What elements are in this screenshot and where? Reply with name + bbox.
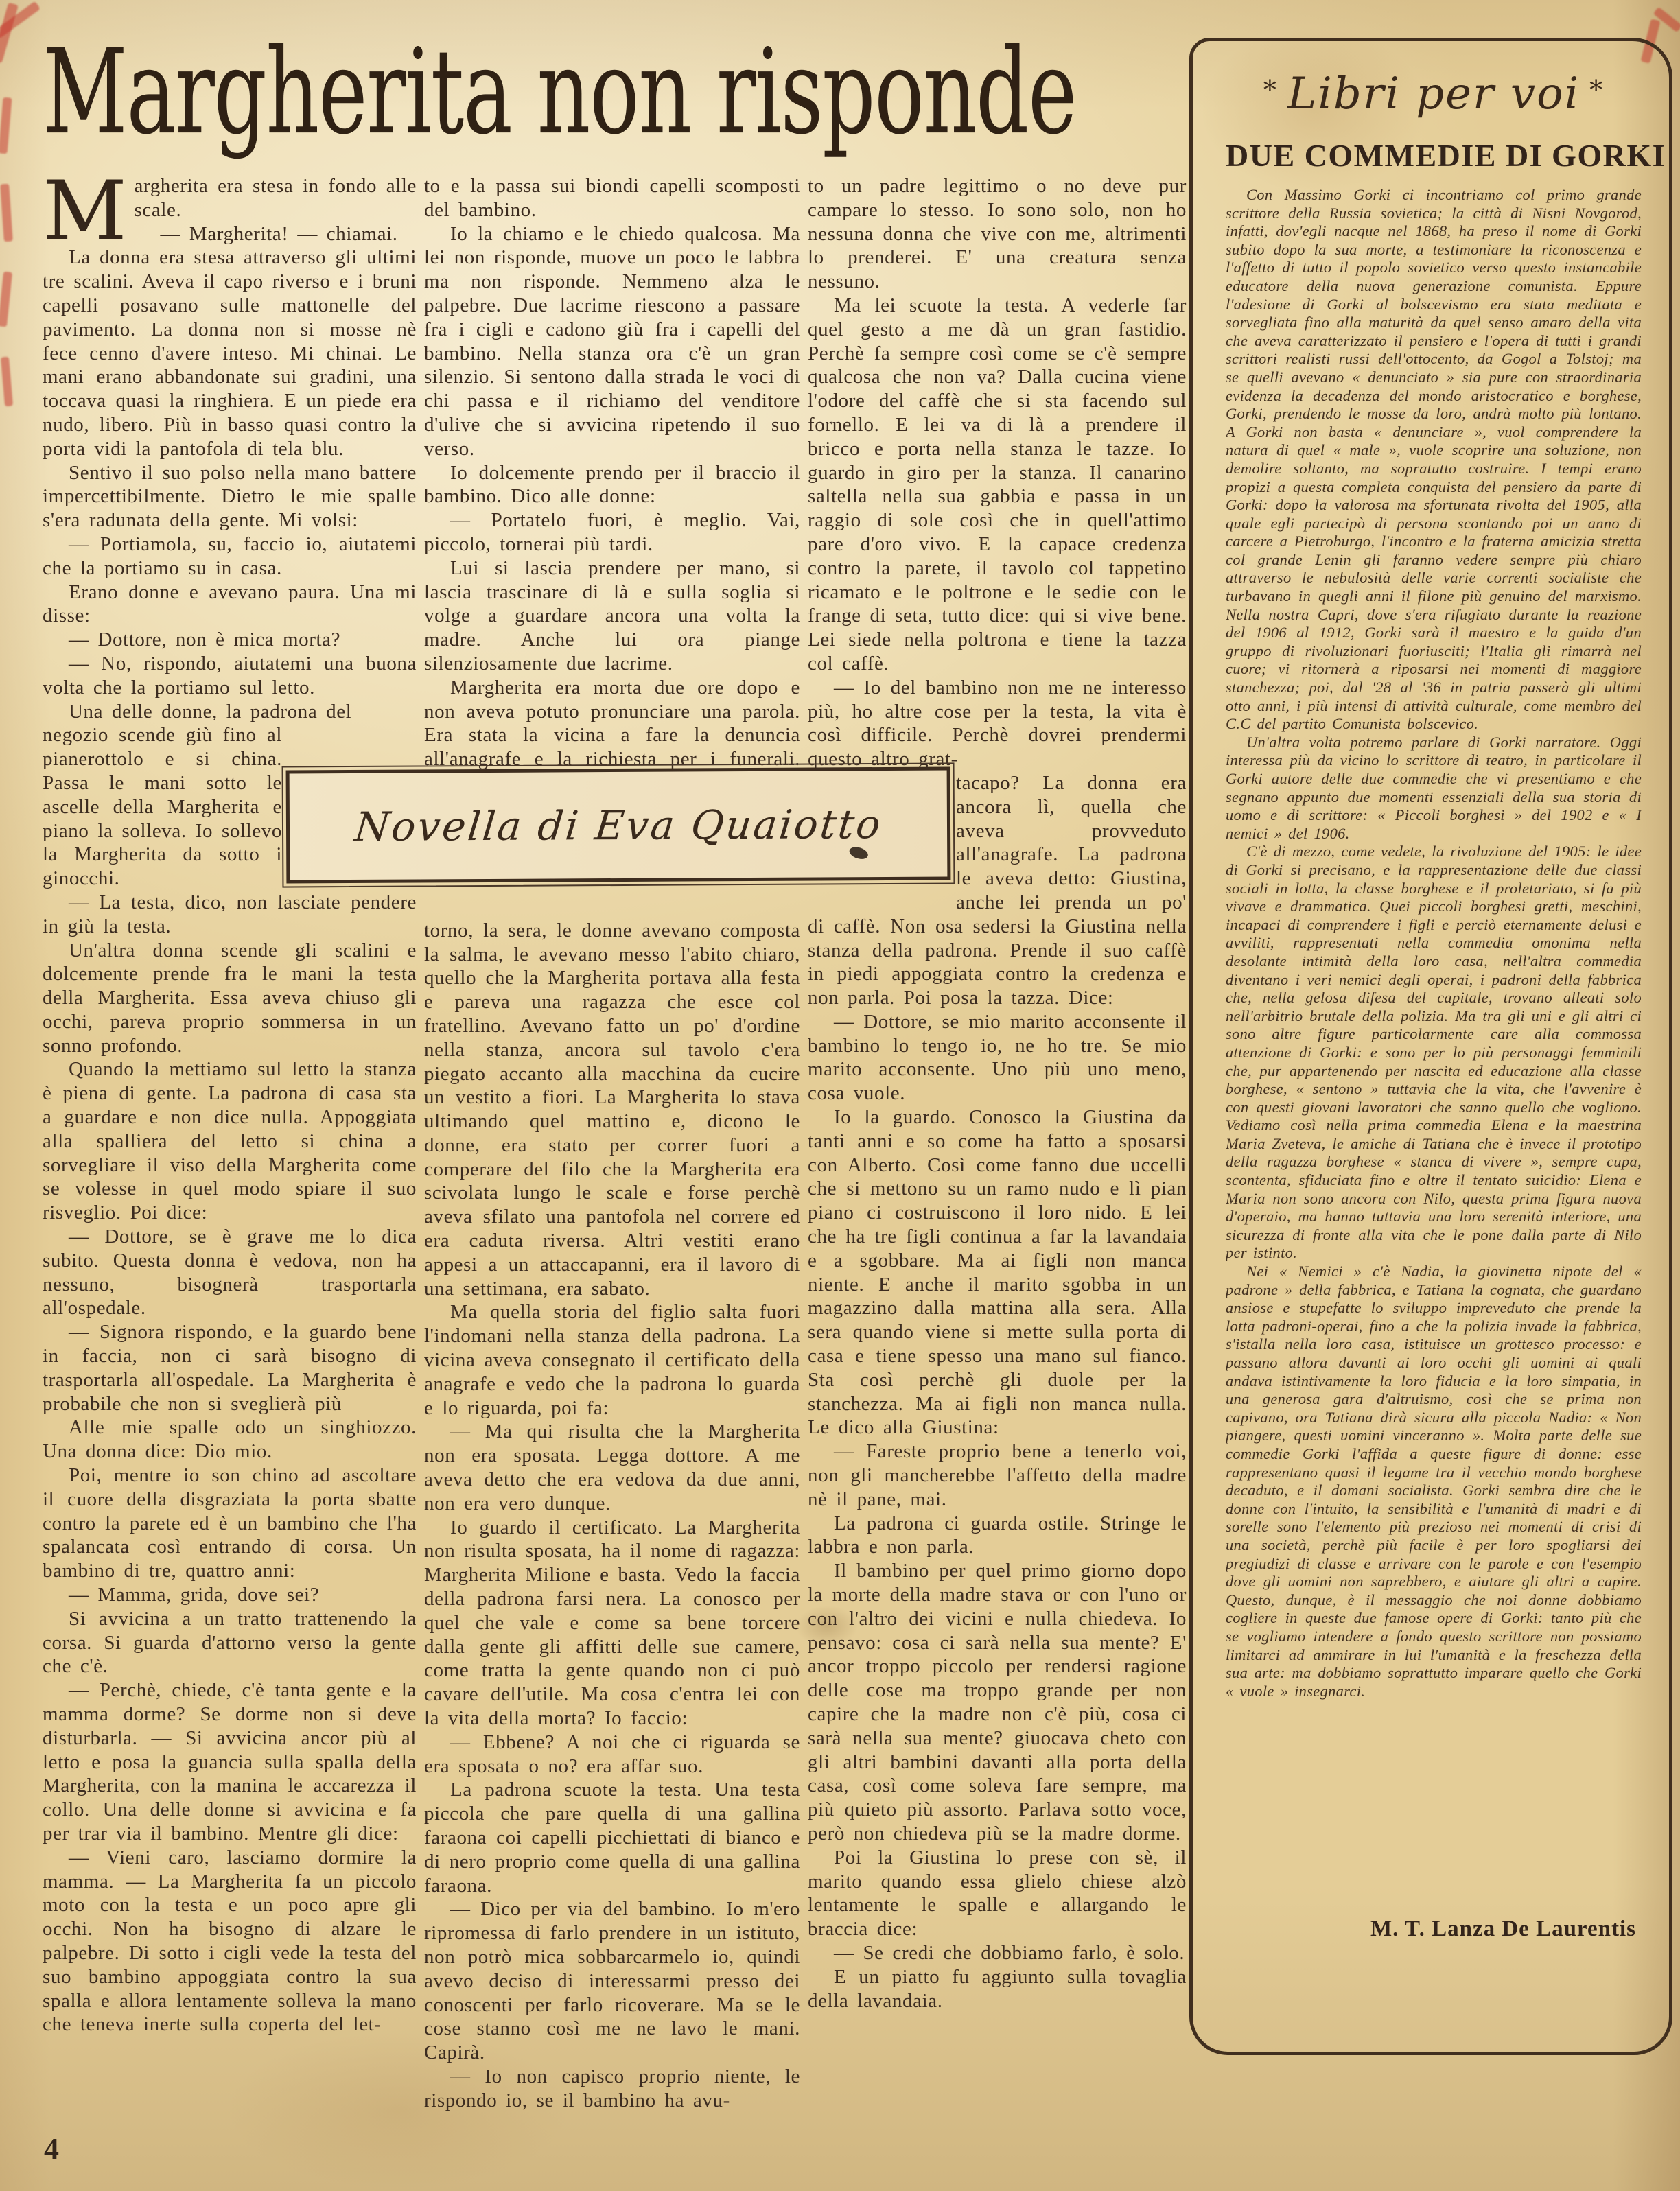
page-number: 4 [44,2131,59,2166]
paragraph: E un piatto fu aggiunto sulla tovaglia d… [808,1965,1187,2013]
paragraph: — Fareste proprio bene a tenerlo voi, no… [808,1440,1187,1511]
paragraph: Io guardo il certificato. La Margherita … [424,1516,800,1731]
paragraph: Lui si lascia prendere per mano, si lasc… [424,556,800,676]
paragraph: Una delle donne, la padrona del [43,700,417,724]
column-paragraphs: — La testa, dico, non lasciate pendere i… [43,891,417,2037]
column-paragraphs: — Dottore, se mio marito acconsente il b… [808,1010,1187,2013]
paragraph: C'è di mezzo, come vedete, la rivoluzion… [1226,843,1642,1263]
red-pencil-mark [0,184,13,242]
paragraph: Un'altra donna scende gli scalini e dolc… [43,939,417,1058]
sidebar-title: *Libri per voi* [1226,69,1642,119]
column-paragraphs: Ma quella storia del figlio salta fuori … [424,1300,800,2112]
paragraph: — Portatelo fuori, è meglio. Vai, piccol… [424,508,800,556]
paragraph: — Signora rispondo, e la guardo bene in … [43,1320,417,1416]
paragraph: Un'altra volta potremo parlare di Gorki … [1226,734,1642,843]
novella-credit-box: Novella di Eva Quaiotto [286,766,951,883]
sidebar-heading: DUE COMMEDIE DI GORKI [1226,137,1642,174]
paragraph: to un padre legittimo o no deve pur camp… [808,174,1187,294]
paragraph: Alle mie spalle odo un singhiozzo. Una d… [43,1416,417,1464]
lead-paragraph: Margherita era stesa in fondo alle scale… [43,174,417,222]
paragraph: Io la chiamo e le chiedo qualcosa. Ma le… [424,222,800,461]
paragraph: — La testa, dico, non lasciate pendere i… [43,891,417,939]
paragraph: — Ebbene? A noi che ci riguarda se era s… [424,1731,800,1779]
paragraph: — Perchè, chiede, c'è tanta gente e la m… [43,1678,417,1846]
paragraph: Poi, mentre io son chino ad ascoltare il… [43,1464,417,1583]
paragraph: — Io del bambino non me ne interesso più… [808,676,1187,771]
red-pencil-mark [0,97,12,154]
paragraph: — Vieni caro, lasciamo dormire la mamma.… [43,1846,417,2037]
sidebar-body: Con Massimo Gorki ci incontriamo col pri… [1226,186,1642,1881]
paragraph: Erano donne e avevano paura. Una mi diss… [43,581,417,629]
paragraph: Io la guardo. Conosco la Giustina da tan… [808,1105,1187,1440]
paragraph: — Dottore, se è grave me lo dica subito.… [43,1225,417,1320]
drop-cap: M [43,174,134,244]
paragraph: Sentivo il suo polso nella mano battere … [43,461,417,532]
paragraph: — Ma qui risulta che la Margherita non e… [424,1420,800,1515]
paragraph: — Mamma, grida, dove sei? [43,1583,417,1607]
paragraph: — Dottore, non è mica morta? [43,628,417,652]
paragraph: Nei « Nemici » c'è Nadia, la giovinetta … [1226,1263,1642,1700]
paragraph: La padrona ci guarda ostile. Stringe le … [808,1512,1187,1560]
paragraph: La donna era stesa attraverso gli ultimi… [43,246,417,460]
paragraph: — No, rispondo, aiutatemi una buona volt… [43,652,417,700]
paragraph: torno, la sera, le donne avevano compost… [424,919,800,1301]
paragraph: — Io non capisco proprio niente, le risp… [424,2065,800,2113]
article-column-1: Margherita era stesa in fondo alle scale… [43,174,417,2151]
paragraph: Quando la mettiamo sul letto la stanza è… [43,1057,417,1225]
paragraph: Il bambino per quel primo giorno dopo la… [808,1559,1187,1846]
paragraph: Con Massimo Gorki ci incontriamo col pri… [1226,186,1642,734]
column-paragraphs: Ma lei scuote la testa. A vederle far qu… [808,294,1187,771]
asterisk-icon: * [1580,75,1613,105]
column-paragraphs: — Margherita! — chiamai.La donna era ste… [43,222,417,724]
paragraph: Ma lei scuote la testa. A vederle far qu… [808,294,1187,676]
paragraph: — Portiamola, su, faccio io, aiutatemi c… [43,532,417,581]
paragraph: — Se credi che dobbiamo farlo, è solo. [808,1941,1187,1965]
article-column-3: to un padre legittimo o no deve pur camp… [808,174,1187,2151]
paragraph: — Dottore, se mio marito acconsente il b… [808,1010,1187,1105]
paragraph: Si avvicina a un tratto trattenendo la c… [43,1607,417,1678]
column-paragraphs: Io la chiamo e le chiedo qualcosa. Ma le… [424,222,800,795]
paragraph: La padrona scuote la testa. Una testa pi… [424,1778,800,1897]
paragraph: Io dolcemente prendo per il braccio il b… [424,461,800,509]
article-column-2: to e la passa sui biondi capelli scompos… [424,174,800,2151]
novella-credit-text: Novella di Eva Quaiotto [352,800,884,850]
paragraph-text: argherita era stesa in fondo alle scale. [134,175,417,221]
paragraph: — Dico per via del bambino. Io m'ero rip… [424,1897,800,2065]
paragraph: Poi la Giustina lo prese con sè, il mari… [808,1846,1187,1941]
red-pencil-mark [1,357,13,407]
books-sidebar: *Libri per voi* DUE COMMEDIE DI GORKI Co… [1189,38,1672,2055]
asterisk-icon: * [1254,75,1287,105]
magazine-page: Margherita non risponde Margherita era s… [0,0,1680,2191]
red-pencil-mark [0,272,12,327]
paragraph: Ma quella storia del figlio salta fuori … [424,1300,800,1420]
article-title: Margherita non risponde [43,23,1076,161]
sidebar-title-text: Libri per voi [1287,69,1580,119]
sidebar-signature: M. T. Lanza De Laurentis [1370,1917,1636,1942]
paragraph: to e la passa sui biondi capelli scompos… [424,174,800,222]
